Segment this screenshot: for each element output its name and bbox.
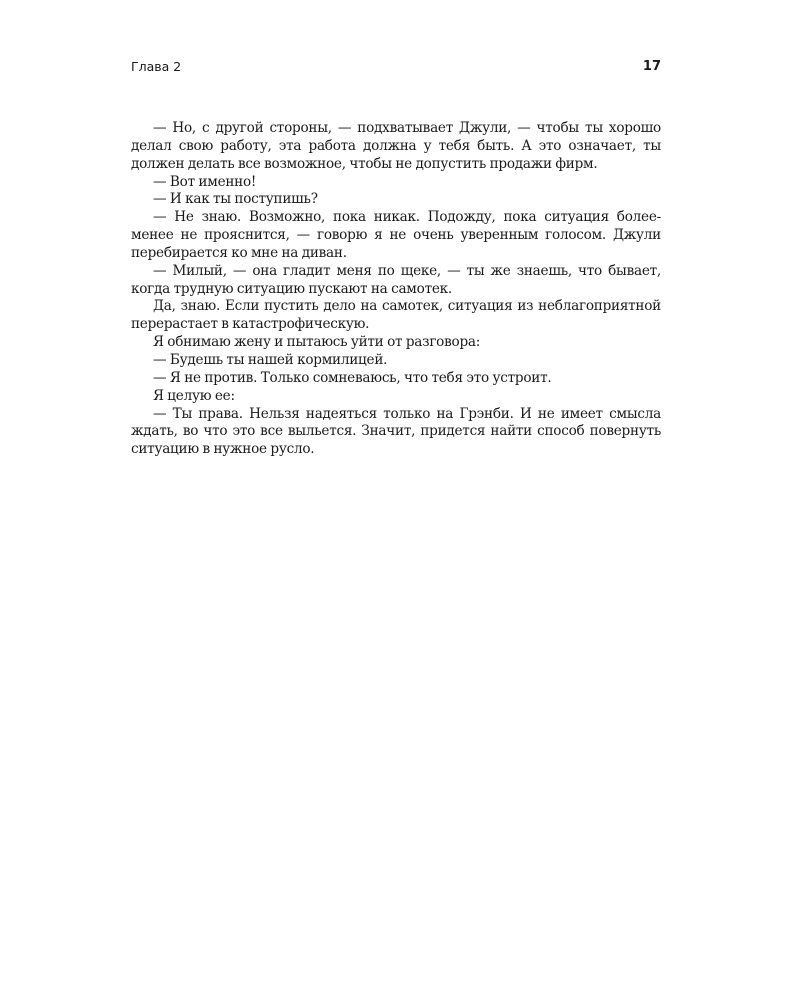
paragraph: — Но, с другой стороны, — подхватывает Д… <box>131 120 661 174</box>
paragraph: Я обнимаю жену и пытаюсь уйти от разгово… <box>131 334 661 352</box>
chapter-title: Глава 2 <box>131 59 181 74</box>
paragraph: — Будешь ты нашей кормилицей. <box>131 352 661 370</box>
running-head: Глава 2 17 <box>131 59 661 77</box>
body-text: — Но, с другой стороны, — подхватывает Д… <box>131 120 661 459</box>
page-number: 17 <box>643 59 661 74</box>
paragraph: — Милый, — она гладит меня по щеке, — ты… <box>131 263 661 299</box>
paragraph: — И как ты поступишь? <box>131 191 661 209</box>
book-page: Глава 2 17 — Но, с другой стороны, — под… <box>0 0 800 1000</box>
paragraph: — Я не против. Только сомневаюсь, что те… <box>131 370 661 388</box>
paragraph: — Ты права. Нельзя надеяться только на Г… <box>131 406 661 460</box>
paragraph: — Не знаю. Возможно, пока никак. Подожду… <box>131 209 661 263</box>
paragraph: — Вот именно! <box>131 174 661 192</box>
paragraph: Я целую ее: <box>131 388 661 406</box>
paragraph: Да, знаю. Если пустить дело на самотек, … <box>131 298 661 334</box>
